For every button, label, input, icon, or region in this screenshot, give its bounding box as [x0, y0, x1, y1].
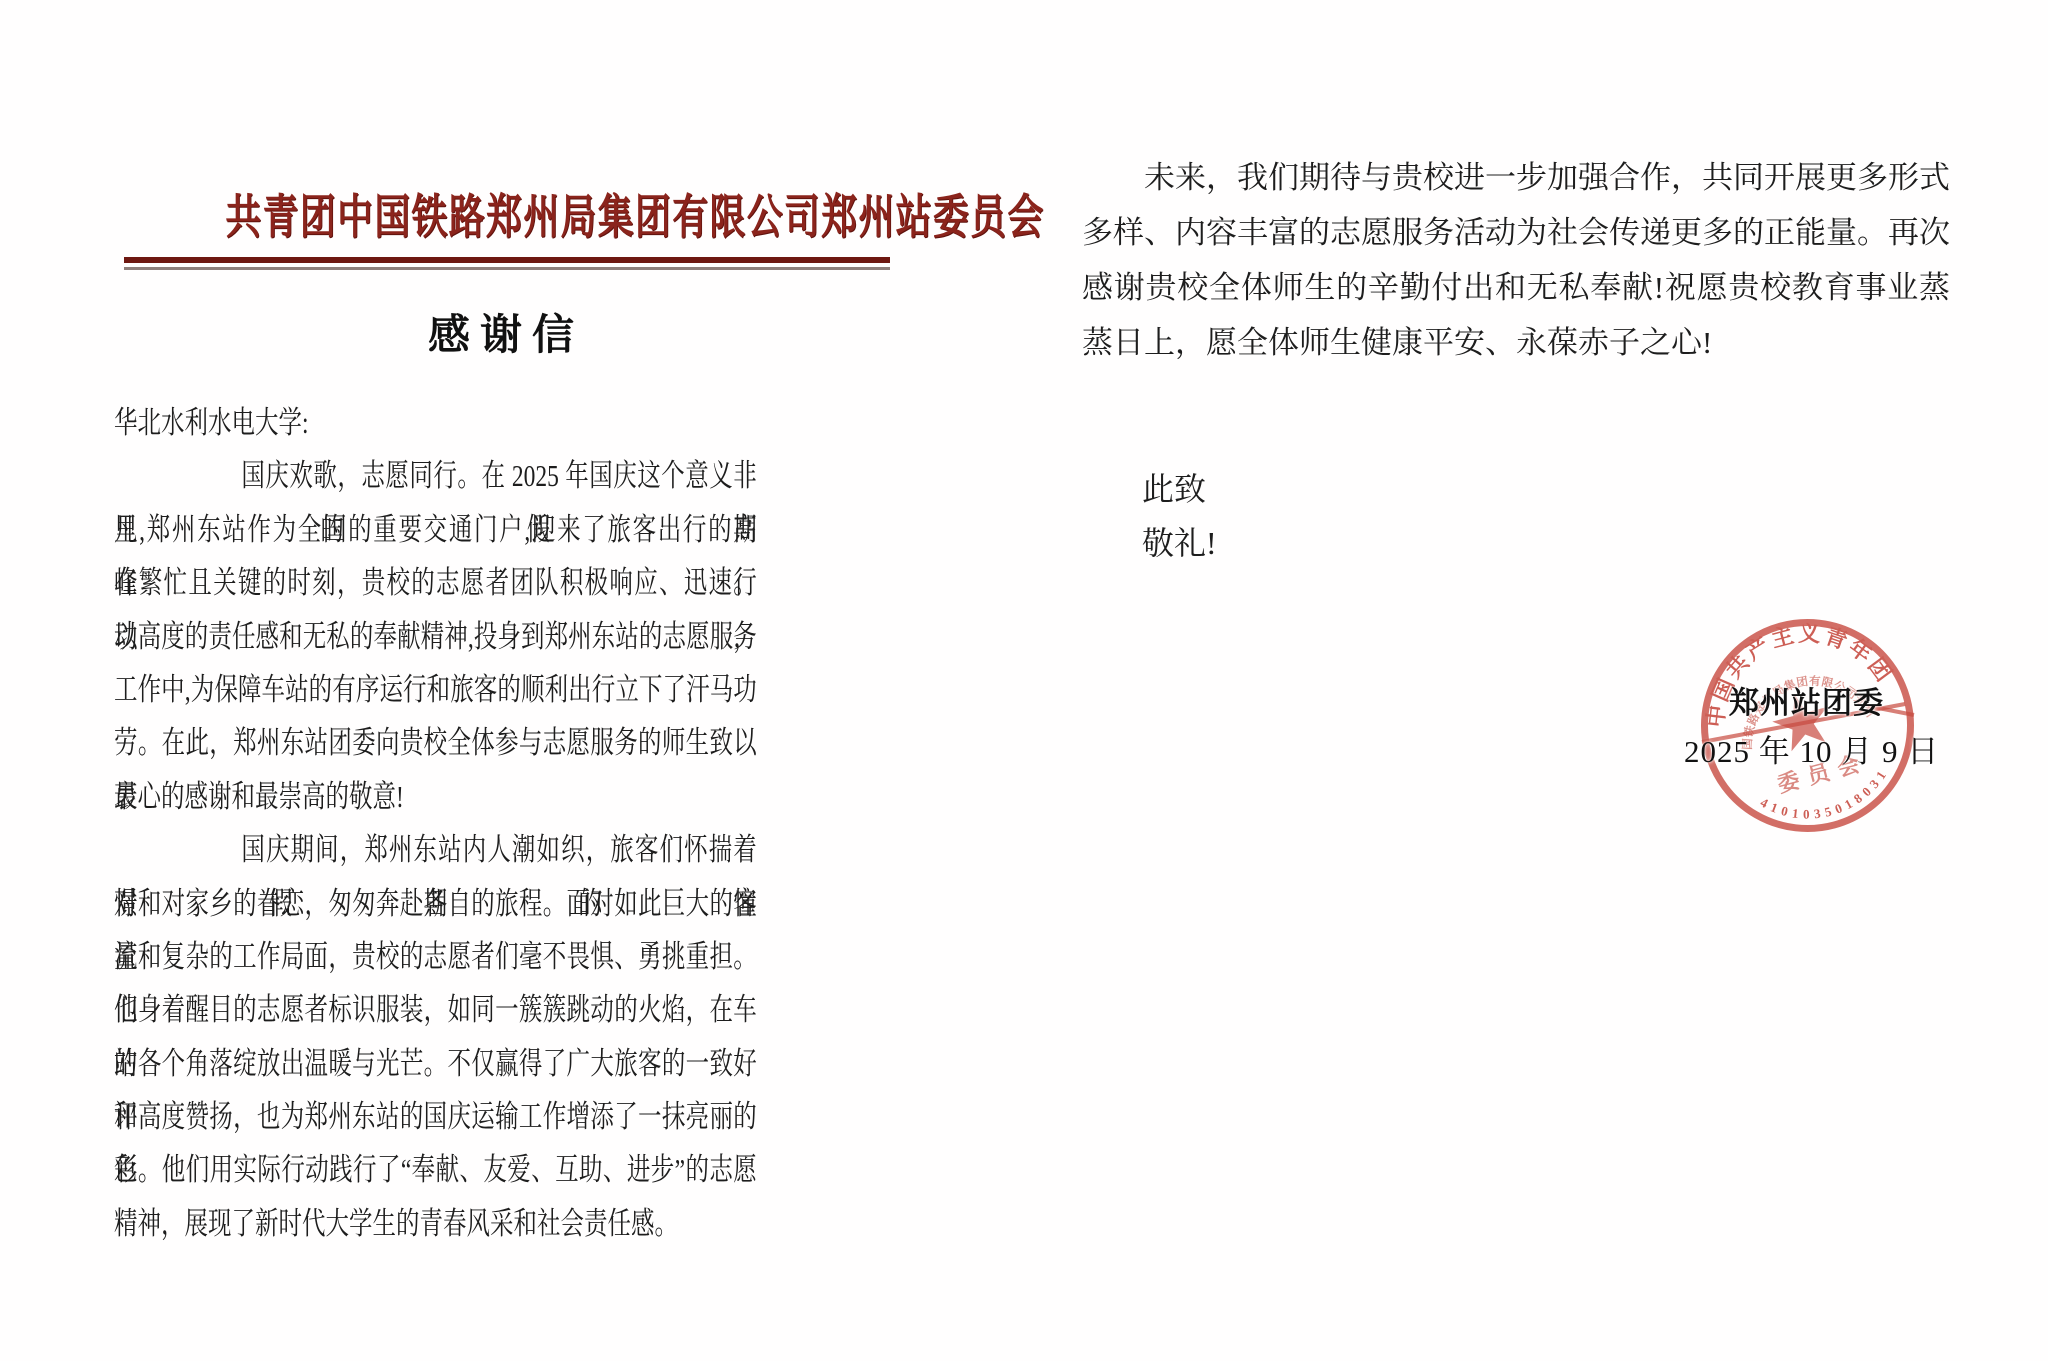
- signature: 郑州站团委: [1729, 678, 1949, 722]
- paragraph1-line: 劳。在此，郑州东站团委向贵校全体参与志愿服务的师生致以最: [114, 716, 757, 769]
- right-page-body: 未来，我们期待与贵校进一步加强合作，共同开展更多形式 多样、内容丰富的志愿服务活…: [1082, 150, 1950, 370]
- paragraph2-line: 彩。他们用实际行动践行了“奉献、友爱、互助、进步”的志愿: [114, 1143, 757, 1196]
- paragraph1-line: 以高度的责任感和无私的奉献精神,投身到郑州东站的志愿服务: [114, 610, 757, 663]
- closing-block: 此致 敬礼!: [1142, 462, 1217, 570]
- scanned-letter: 共青团中国铁路郑州局集团有限公司郑州站委员会 感谢信 华北水利水电大学: 国庆欢…: [0, 0, 2048, 1361]
- paragraph1-line: 里,郑州东站作为全国的重要交通门户,迎来了旅客出行的高峰。: [114, 503, 757, 556]
- paragraph2-line: 的各个角落绽放出温暖与光芒。不仅赢得了广大旅客的一致好评: [114, 1037, 757, 1090]
- salutation: 华北水利水电大学:: [114, 396, 757, 449]
- paragraph3-line: 蒸日上，愿全体师生健康平安、永葆赤子之心!: [1082, 315, 1950, 370]
- date: 2025 年 10 月 9 日: [1684, 726, 1944, 771]
- letterhead-title-text: 共青团中国铁路郑州局集团有限公司郑州站委员会: [225, 180, 1044, 247]
- letter-title: 感谢信: [96, 302, 916, 362]
- paragraph1-line: 工作中,为保障车站的有序运行和旅客的顺利出行立下了汗马功: [114, 663, 757, 716]
- paragraph2-line: 精神，展现了新时代大学生的青春风采和社会责任感。: [114, 1197, 757, 1250]
- closing-cizhi: 此致: [1142, 462, 1217, 516]
- letterhead-title: 共青团中国铁路郑州局集团有限公司郑州站委员会: [96, 180, 916, 247]
- paragraph2-line: 国庆期间，郑州东站内人潮如织，旅客们怀揣着对假期的憧: [114, 823, 757, 876]
- paragraph2-line: 们身着醒目的志愿者标识服装，如同一簇簇跳动的火焰，在车站: [114, 983, 757, 1036]
- paragraph1-line: 国庆欢歌，志愿同行。在 2025 年国庆这个意义非凡的假期: [114, 449, 757, 502]
- paragraph1-line: 衷心的感谢和最崇高的敬意!: [114, 770, 757, 823]
- left-page-body: 华北水利水电大学: 国庆欢歌，志愿同行。在 2025 年国庆这个意义非凡的假期 …: [114, 396, 757, 1250]
- paragraph1-line: 在繁忙且关键的时刻，贵校的志愿者团队积极响应、迅速行动，: [114, 556, 757, 609]
- paragraph2-line: 量和复杂的工作局面，贵校的志愿者们毫不畏惧、勇挑重担。他: [114, 930, 757, 983]
- closing-jingli: 敬礼!: [1142, 516, 1217, 570]
- paragraph3-line: 未来，我们期待与贵校进一步加强合作，共同开展更多形式: [1082, 150, 1950, 205]
- paragraph2-line: 憬和对家乡的眷恋，匆匆奔赴各自的旅程。面对如此巨大的客流: [114, 877, 757, 930]
- paragraph3-line: 感谢贵校全体师生的辛勤付出和无私奉献!祝愿贵校教育事业蒸: [1082, 260, 1950, 315]
- paragraph2-line: 和高度赞扬，也为郑州东站的国庆运输工作增添了一抹亮丽的色: [114, 1090, 757, 1143]
- paragraph3-line: 多样、内容丰富的志愿服务活动为社会传递更多的正能量。再次: [1082, 205, 1950, 260]
- letterhead-rule: [124, 257, 890, 270]
